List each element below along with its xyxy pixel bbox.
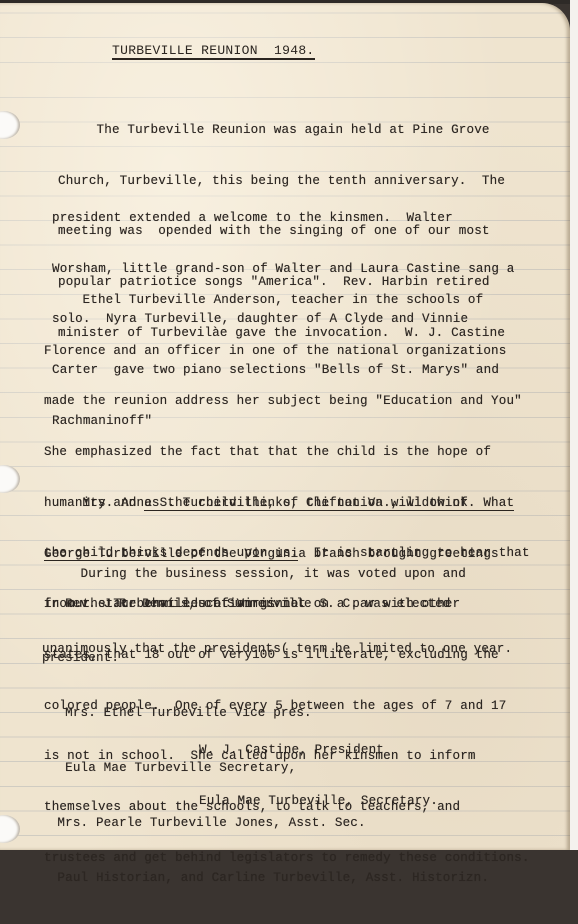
binder-hole-bottom (0, 815, 20, 843)
text-line: Ethel Turbeville Anderson, teacher in th… (44, 292, 530, 309)
text-line: president. (42, 649, 489, 667)
typewritten-page: TURBEVILLE REUNION 1948. The Turbeville … (0, 3, 570, 850)
text-line: Mrs. Anne S. Turberville, of Clifton Va.… (44, 495, 499, 512)
binder-hole-top (0, 111, 20, 139)
text-line: Florence and an officer in one of the na… (44, 343, 530, 360)
text-line: The Turbeville Reunion was again held at… (58, 122, 505, 139)
text-line: Rev. J.R. Dennis, of Summerville S. C. w… (42, 595, 489, 613)
scanner-right-edge (570, 0, 578, 850)
binder-hole-middle (0, 465, 20, 493)
signature-president: W. J. Castine, President (199, 742, 438, 759)
text-line: president extended a welcome to the kins… (52, 210, 514, 227)
signature-block: W. J. Castine, President Eula Mae Turbev… (199, 708, 438, 843)
document-title: TURBEVILLE REUNION 1948. (112, 43, 315, 60)
signature-secretary: Eula Mae Turbeville, Secretary. (199, 793, 438, 810)
text-line: She emphasized the fact that that the ch… (44, 444, 530, 461)
text-line: made the reunion address her subject bei… (44, 393, 530, 410)
